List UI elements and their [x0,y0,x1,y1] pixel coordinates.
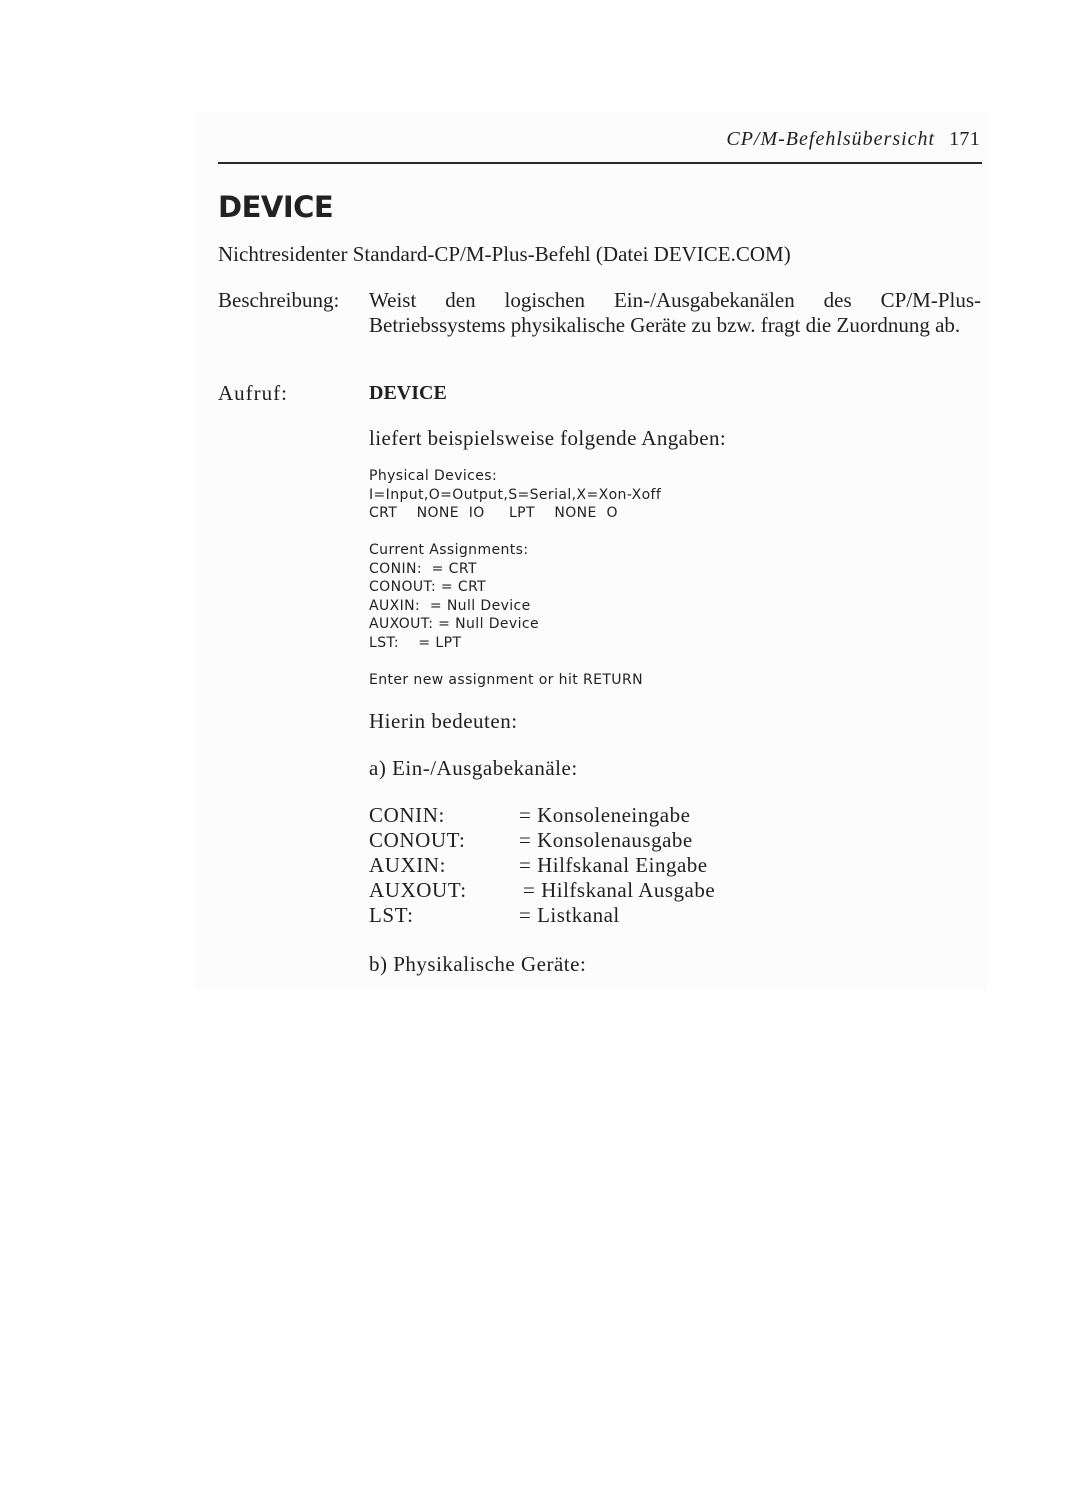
channel-name: CONOUT: [369,828,519,853]
terminal-physical-devices: Physical Devices: I=Input,O=Output,S=Ser… [369,467,661,523]
channel-name: LST: [369,903,519,928]
call-command: DEVICE [369,381,447,406]
section-a-heading: a) Ein-/Ausgabekanäle: [369,756,578,781]
page-number: 171 [949,128,980,150]
running-header: CP/M-Befehlsübersicht171 [726,128,980,151]
channel-name: CONIN: [369,803,519,828]
channel-definitions: CONIN: = Konsoleneingabe CONOUT: = Konso… [369,803,715,928]
description-label: Beschreibung: [218,288,339,313]
channel-meaning: = Konsoleneingabe [519,803,690,828]
output-intro: liefert beispielsweise folgende Angaben: [369,426,726,451]
channel-meaning: = Konsolenausgabe [519,828,693,853]
channel-meaning: = Listkanal [519,903,620,928]
entry-subtitle: Nichtresidenter Standard-CP/M-Plus-Befeh… [218,242,791,267]
channel-meaning: = Hilfskanal Ausgabe [523,878,715,903]
description-text: Weist den logischen Ein-/Ausgabekanälen … [369,288,981,338]
terminal-prompt: Enter new assignment or hit RETURN [369,671,643,690]
channel-row: CONIN: = Konsoleneingabe [369,803,715,828]
terminal-current-assignments: Current Assignments: CONIN: = CRT CONOUT… [369,541,539,653]
channel-name: AUXIN: [369,853,519,878]
channel-row: LST: = Listkanal [369,903,715,928]
channel-row: AUXIN: = Hilfskanal Eingabe [369,853,715,878]
entry-heading: DEVICE [218,190,333,224]
channel-name: AUXOUT: [369,878,519,903]
call-label: Aufruf: [218,381,288,406]
explanation-intro: Hierin bedeuten: [369,709,518,734]
running-title: CP/M-Befehlsübersicht [726,128,935,150]
header-rule [218,162,982,164]
section-b-heading: b) Physikalische Geräte: [369,952,586,977]
channel-row: CONOUT: = Konsolenausgabe [369,828,715,853]
channel-meaning: = Hilfskanal Eingabe [519,853,708,878]
channel-row: AUXOUT: = Hilfskanal Ausgabe [369,878,715,903]
